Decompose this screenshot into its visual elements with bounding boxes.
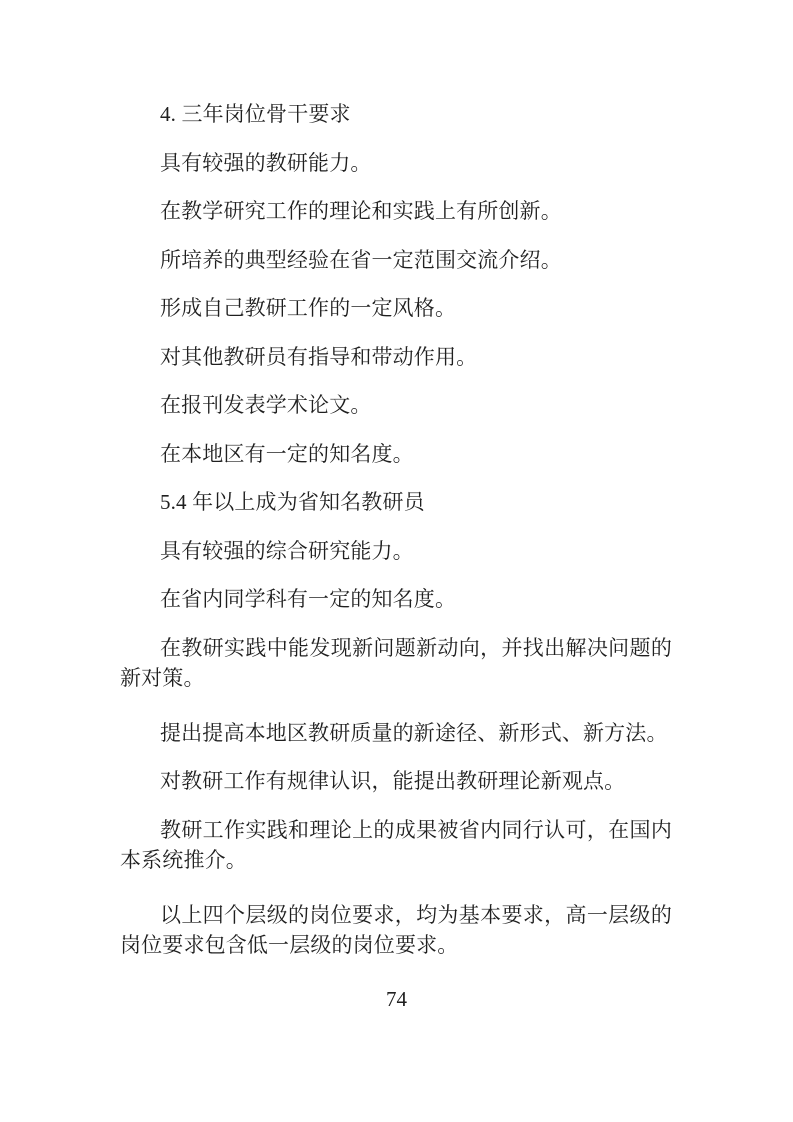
page-number: 74	[0, 984, 793, 1014]
paragraph: 4. 三年岗位骨干要求	[120, 99, 672, 129]
text-line: 新对策。	[120, 663, 672, 693]
paragraph: 所培养的典型经验在省一定范围交流介绍。	[120, 245, 672, 275]
paragraph: 在教学研究工作的理论和实践上有所创新。	[120, 196, 672, 226]
text-line: 在教学研究工作的理论和实践上有所创新。	[120, 196, 672, 226]
paragraph: 对其他教研员有指导和带动作用。	[120, 342, 672, 372]
text-line: 形成自己教研工作的一定风格。	[120, 293, 672, 323]
text-line: 以上四个层级的岗位要求，均为基本要求，高一层级的	[120, 900, 672, 930]
paragraph: 具有较强的教研能力。	[120, 148, 672, 178]
text-line: 4. 三年岗位骨干要求	[120, 99, 672, 129]
paragraph: 形成自己教研工作的一定风格。	[120, 293, 672, 323]
paragraph: 在省内同学科有一定的知名度。	[120, 584, 672, 614]
paragraph: 提出提高本地区教研质量的新途径、新形式、新方法。	[120, 718, 672, 748]
paragraph: 在教研实践中能发现新问题新动向，并找出解决问题的新对策。	[120, 633, 672, 693]
text-line: 岗位要求包含低一层级的岗位要求。	[120, 930, 672, 960]
text-line: 在报刊发表学术论文。	[120, 390, 672, 420]
text-line: 具有较强的综合研究能力。	[120, 536, 672, 566]
paragraph: 具有较强的综合研究能力。	[120, 536, 672, 566]
text-line: 5.4 年以上成为省知名教研员	[120, 487, 672, 517]
text-line: 本系统推介。	[120, 845, 672, 875]
paragraph: 在报刊发表学术论文。	[120, 390, 672, 420]
text-line: 所培养的典型经验在省一定范围交流介绍。	[120, 245, 672, 275]
text-line: 在省内同学科有一定的知名度。	[120, 584, 672, 614]
paragraph: 对教研工作有规律认识，能提出教研理论新观点。	[120, 766, 672, 796]
text-line: 对其他教研员有指导和带动作用。	[120, 342, 672, 372]
document-body: 4. 三年岗位骨干要求具有较强的教研能力。在教学研究工作的理论和实践上有所创新。…	[120, 99, 672, 985]
text-line: 提出提高本地区教研质量的新途径、新形式、新方法。	[120, 718, 672, 748]
text-line: 在教研实践中能发现新问题新动向，并找出解决问题的	[120, 633, 672, 663]
text-line: 教研工作实践和理论上的成果被省内同行认可，在国内	[120, 815, 672, 845]
paragraph: 教研工作实践和理论上的成果被省内同行认可，在国内本系统推介。	[120, 815, 672, 875]
text-line: 具有较强的教研能力。	[120, 148, 672, 178]
paragraph: 5.4 年以上成为省知名教研员	[120, 487, 672, 517]
document-page: 4. 三年岗位骨干要求具有较强的教研能力。在教学研究工作的理论和实践上有所创新。…	[0, 0, 793, 1122]
text-line: 对教研工作有规律认识，能提出教研理论新观点。	[120, 766, 672, 796]
text-line: 在本地区有一定的知名度。	[120, 439, 672, 469]
paragraph: 以上四个层级的岗位要求，均为基本要求，高一层级的岗位要求包含低一层级的岗位要求。	[120, 900, 672, 960]
paragraph: 在本地区有一定的知名度。	[120, 439, 672, 469]
